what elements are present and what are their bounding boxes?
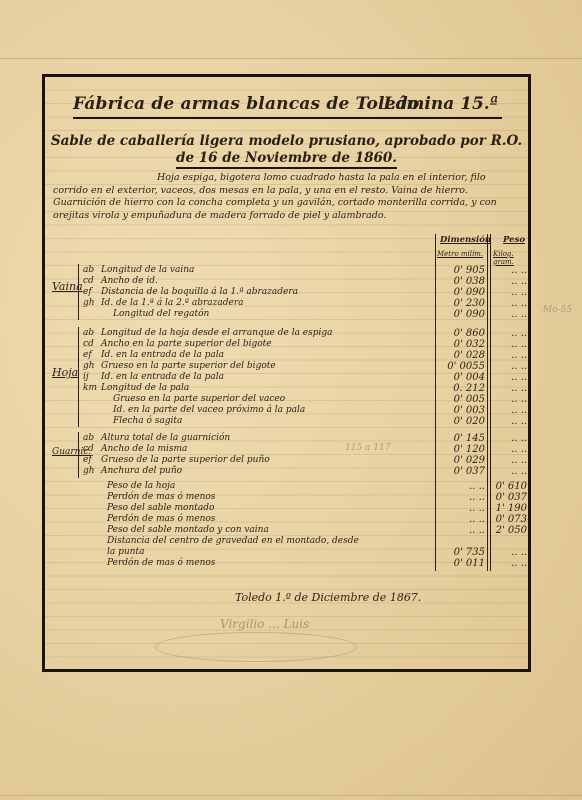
description-paragraph: Hoja espiga, bigotera lomo cuadrado hast… bbox=[53, 172, 520, 222]
pencil-annotation-guarnicion: 115 a 117 bbox=[345, 443, 390, 453]
weight-row: Perdón de mas ó menos0' 011.. .. bbox=[45, 558, 528, 570]
column-sub-weight: Kilog. gram. bbox=[493, 250, 528, 266]
plate-number: Lámina 15.ª bbox=[371, 94, 502, 119]
column-header-weight: Peso bbox=[503, 235, 525, 245]
mount-edge-top bbox=[0, 58, 582, 59]
pencil-annotation-margin: Mo-55 bbox=[543, 305, 572, 315]
column-sub-dimension: Metro milím. bbox=[437, 250, 483, 258]
document-frame: Fábrica de armas blancas de Toledo Lámin… bbox=[42, 74, 531, 672]
subtitle-line-1: Sable de caballería ligera modelo prusia… bbox=[45, 133, 528, 150]
signature-flourish bbox=[155, 632, 357, 662]
signature: Virgilio ... Luis bbox=[220, 617, 309, 631]
column-header-dimension: Dimensión bbox=[440, 235, 491, 245]
mount-edge-bottom bbox=[0, 795, 582, 796]
footer-date: Toledo 1.º de Diciembre de 1867. bbox=[235, 591, 421, 604]
subtitle-line-2: de 16 de Noviembre de 1860. bbox=[176, 150, 397, 169]
table-row: ghAnchura del puño0' 037.. .. bbox=[45, 466, 528, 478]
table-row: Longitud del regatón0' 090.. .. bbox=[45, 309, 528, 321]
table-row: Flecha ó sagita0' 020.. .. bbox=[45, 416, 528, 428]
document-subtitle: Sable de caballería ligera modelo prusia… bbox=[45, 133, 528, 169]
